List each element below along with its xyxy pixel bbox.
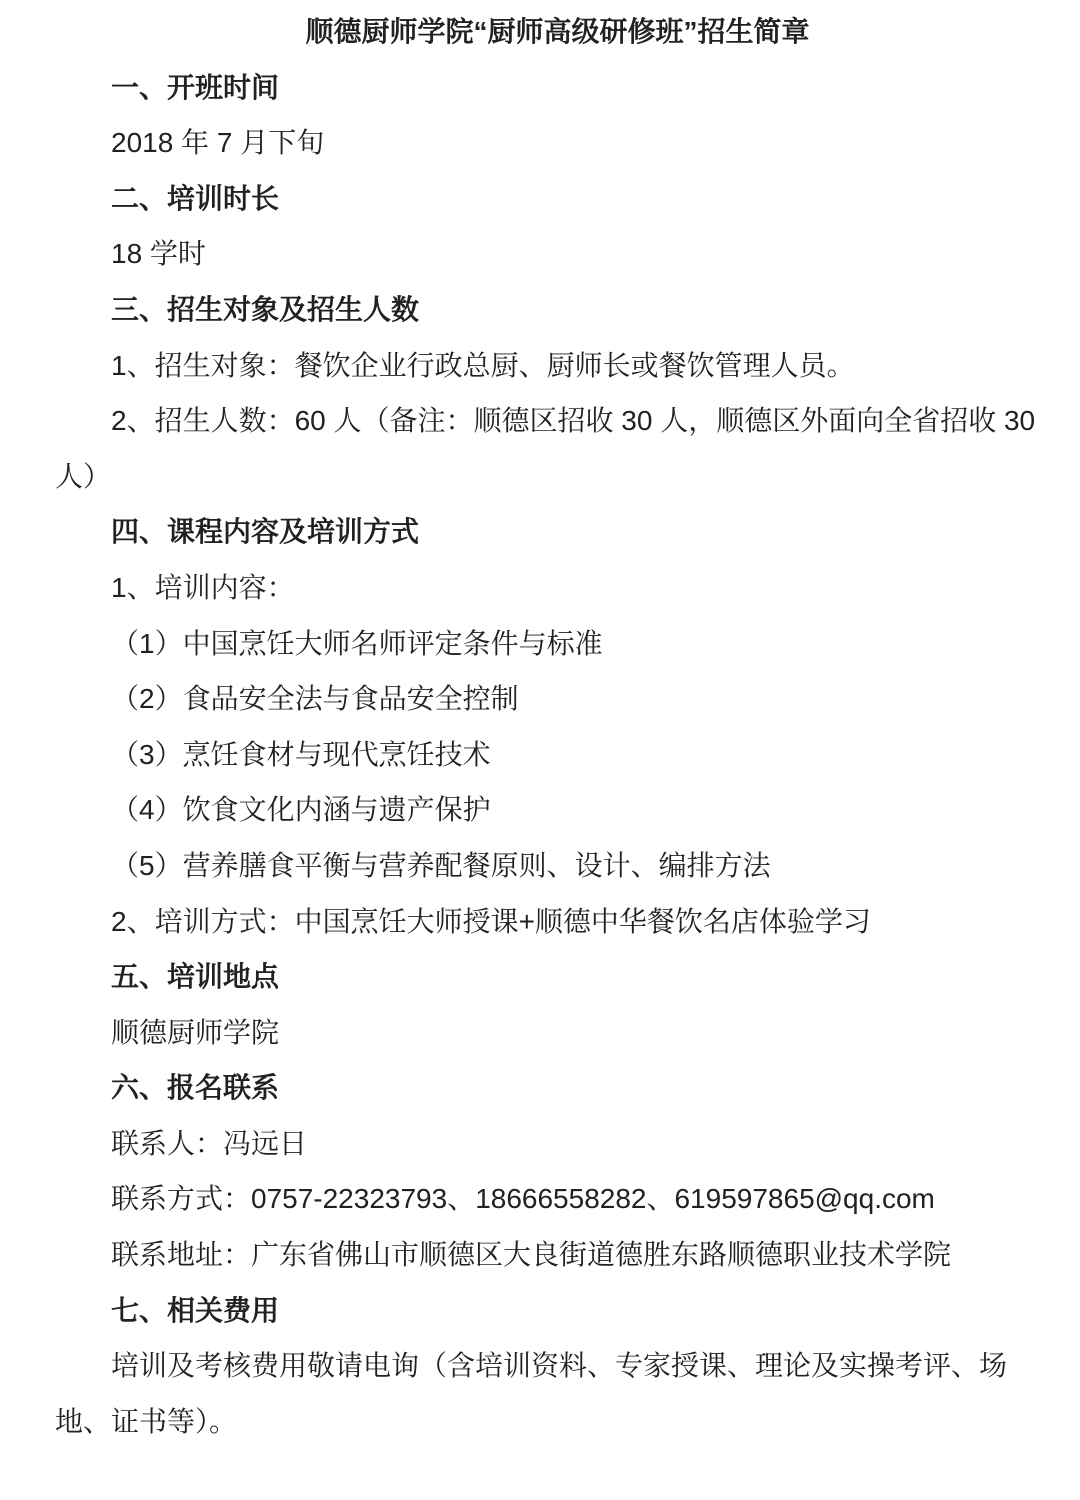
paragraph-contact-methods: 联系方式：0757-22323793、18666558282、619597865…	[55, 1171, 1060, 1227]
paragraph-fees: 培训及考核费用敬请电询（含培训资料、专家授课、理论及实操考评、场地、证书等）。	[55, 1338, 1060, 1449]
section-enrollment-target: 三、招生对象及招生人数 1、招生对象：餐饮企业行政总厨、厨师长或餐饮管理人员。 …	[55, 282, 1062, 504]
section-related-fees: 七、相关费用 培训及考核费用敬请电询（含培训资料、专家授课、理论及实操考评、场地…	[55, 1283, 1062, 1450]
paragraph-start-date: 2018 年 7 月下旬	[55, 115, 1060, 171]
section-training-location: 五、培训地点 顺德厨师学院	[55, 949, 1062, 1060]
paragraph-enrollment-count: 2、招生人数：60 人（备注：顺德区招收 30 人，顺德区外面向全省招收 30 …	[55, 393, 1060, 504]
section-heading-5: 五、培训地点	[55, 949, 1060, 1005]
section-registration-contact: 六、报名联系 联系人：冯远日 联系方式：0757-22323793、186665…	[55, 1060, 1062, 1282]
paragraph-location: 顺德厨师学院	[55, 1005, 1060, 1061]
section-heading-7: 七、相关费用	[55, 1283, 1060, 1339]
section-heading-6: 六、报名联系	[55, 1060, 1060, 1116]
paragraph-course-item-1: （1）中国烹饪大师名师评定条件与标准	[55, 616, 1060, 672]
section-heading-1: 一、开班时间	[55, 60, 1060, 116]
section-heading-2: 二、培训时长	[55, 171, 1060, 227]
section-heading-4: 四、课程内容及培训方式	[55, 504, 1060, 560]
paragraph-duration: 18 学时	[55, 226, 1060, 282]
paragraph-training-content-label: 1、培训内容：	[55, 560, 1060, 616]
paragraph-course-item-3: （3）烹饪食材与现代烹饪技术	[55, 727, 1060, 783]
paragraph-training-method: 2、培训方式：中国烹饪大师授课+顺德中华餐饮名店体验学习	[55, 894, 1060, 950]
paragraph-course-item-5: （5）营养膳食平衡与营养配餐原则、设计、编排方法	[55, 838, 1060, 894]
paragraph-contact-person: 联系人：冯远日	[55, 1116, 1060, 1172]
paragraph-enrollment-target: 1、招生对象：餐饮企业行政总厨、厨师长或餐饮管理人员。	[55, 338, 1060, 394]
paragraph-contact-address: 联系地址：广东省佛山市顺德区大良街道德胜东路顺德职业技术学院	[55, 1227, 1060, 1283]
section-training-duration: 二、培训时长 18 学时	[55, 171, 1062, 282]
paragraph-course-item-2: （2）食品安全法与食品安全控制	[55, 671, 1060, 727]
document-title: 顺德厨师学院“厨师高级研修班”招生简章	[55, 4, 1060, 60]
paragraph-course-item-4: （4）饮食文化内涵与遗产保护	[55, 782, 1060, 838]
section-class-start-time: 一、开班时间 2018 年 7 月下旬	[55, 60, 1062, 171]
document-page: 顺德厨师学院“厨师高级研修班”招生简章 一、开班时间 2018 年 7 月下旬 …	[0, 0, 1080, 1500]
section-course-content: 四、课程内容及培训方式 1、培训内容： （1）中国烹饪大师名师评定条件与标准 （…	[55, 504, 1062, 949]
section-heading-3: 三、招生对象及招生人数	[55, 282, 1060, 338]
